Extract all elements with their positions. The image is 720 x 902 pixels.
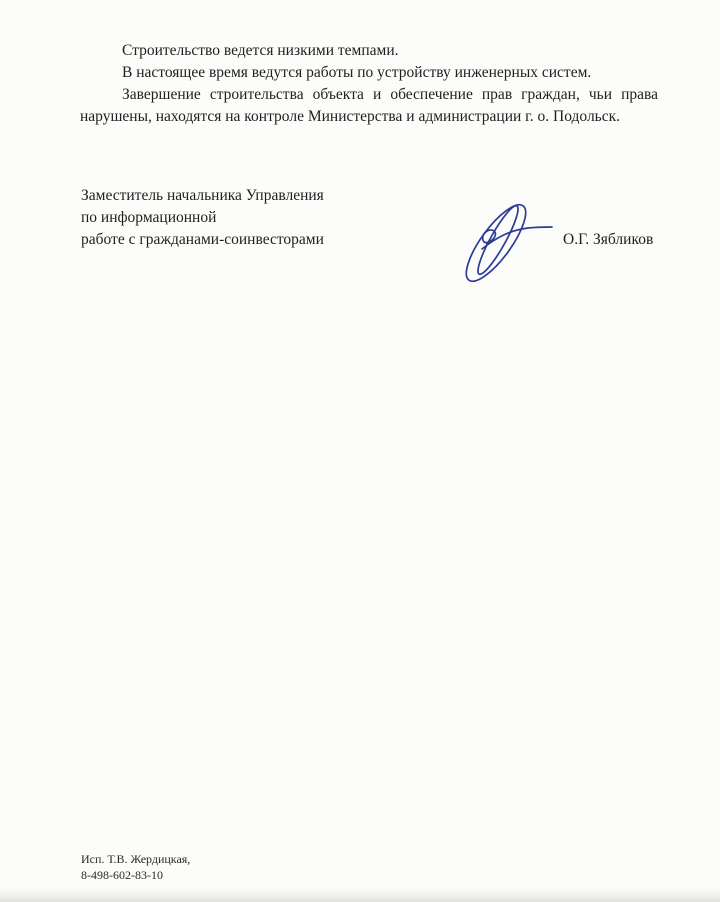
signer-name: О.Г. Зябликов [563,230,653,250]
scan-edge-shadow [0,888,720,902]
paragraph-3-line-1: Завершение строительства объекта и обесп… [80,84,658,106]
executor-info: Исп. Т.В. Жердицкая, 8-498-602-83-10 [81,851,190,883]
signer-title-line-3: работе с гражданами-соинвесторами [81,229,411,251]
paragraph-1: Строительство ведется низкими темпами. [80,40,658,62]
paragraph-2: В настоящее время ведутся работы по устр… [80,62,658,84]
handwritten-signature-icon [440,192,570,297]
paragraph-3-line-2: нарушены, находятся на контроле Министер… [80,106,658,128]
document-page: Строительство ведется низкими темпами. В… [0,0,720,902]
body-text: Строительство ведется низкими темпами. В… [80,40,658,128]
signature-title-block: Заместитель начальника Управления по инф… [81,185,411,251]
executor-name: Исп. Т.В. Жердицкая, [81,851,190,867]
signer-title-line-2: по информационной [81,207,411,229]
executor-phone: 8-498-602-83-10 [81,867,190,883]
signer-title-line-1: Заместитель начальника Управления [81,185,411,207]
